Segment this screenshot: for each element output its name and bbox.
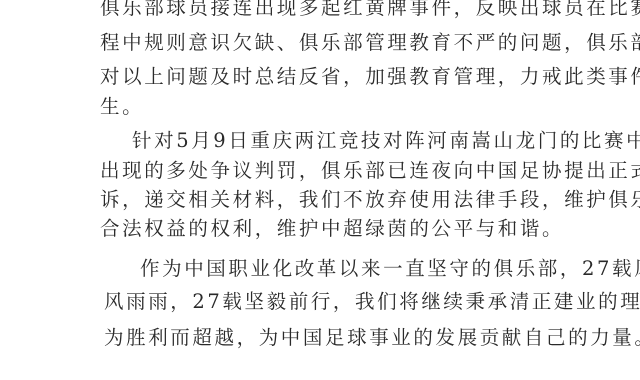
text-line: 生。 bbox=[100, 95, 144, 119]
text-line: 出现的多处争议判罚，俱乐部已连夜向中国足协提出正式申 bbox=[100, 159, 640, 183]
text-line: 程中规则意识欠缺、俱乐部管理教育不严的问题，俱乐部将 bbox=[100, 31, 640, 55]
text-line: 为胜利而超越，为中国足球事业的发展贡献自己的力量。 bbox=[104, 326, 640, 350]
text-line: 合法权益的权利，维护中超绿茵的公平与和谐。 bbox=[100, 217, 564, 241]
text-line: 风雨雨，27载坚毅前行，我们将继续秉承清正建业的理念， bbox=[104, 290, 640, 314]
text-line: 针对5月9日重庆两江竞技对阵河南嵩山龙门的比赛中 bbox=[132, 129, 640, 153]
text-line: 作为中国职业化改革以来一直坚守的俱乐部，27载风 bbox=[140, 257, 640, 281]
text-line: 对以上问题及时总结反省，加强教育管理，力戒此类事件发 bbox=[100, 65, 640, 89]
text-line: 俱乐部球员接连出现多起红黄牌事件，反映出球员在比赛过 bbox=[100, 0, 640, 20]
text-line: 诉，递交相关材料，我们不放弃使用法律手段，维护俱乐部 bbox=[100, 188, 640, 212]
